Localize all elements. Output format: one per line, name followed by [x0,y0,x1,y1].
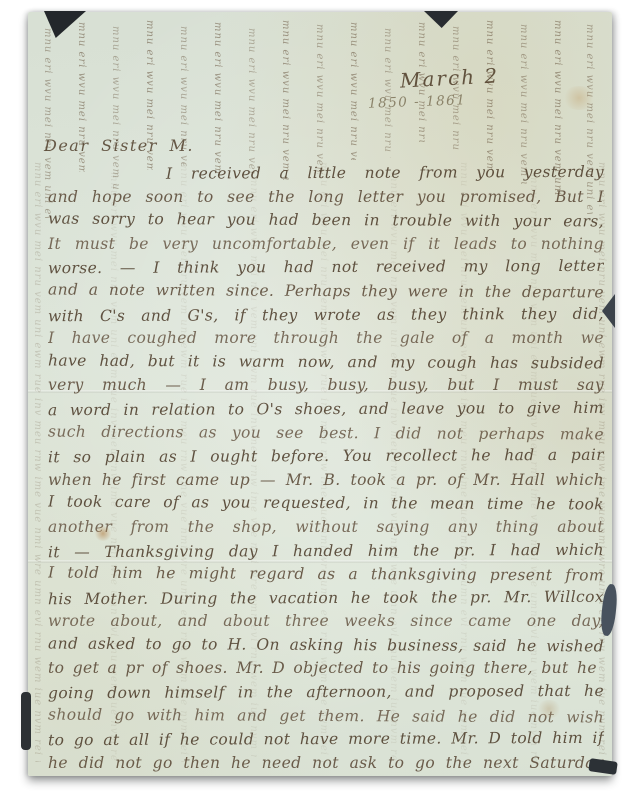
letter-body: I received a little note from you yester… [48,162,604,775]
letter-line: I received a little note from you yester… [48,161,604,187]
salutation: Dear Sister M. [44,136,194,155]
letter-paper: mnu eri wvu mei nru vem uni ewm rue inv … [28,12,612,776]
letter-line: such directions as you see best. I did n… [48,420,604,447]
letter-line: should go with him and get them. He said… [48,703,604,730]
scanned-letter-page: { "letter": { "dateline": "March 2", "pe… [0,0,634,800]
letter-line: another from the shop, without saying an… [48,516,604,540]
letter-line: it so plain as I ought before. You recol… [48,444,604,470]
crosswriting-column: mnu eri wvu mei nru vem uni ewm rue inv … [382,28,393,158]
pencil-annotation: 1850 - 1861 [368,92,467,111]
crosswriting-column: mnu eri wvu mei nru vem uni ewm rue inv … [280,20,291,180]
letter-line: it — Thanksgiving day I handed him the p… [48,538,604,564]
letter-line: to go at all if he could not have more t… [48,727,604,753]
letter-line: very much — I am busy, busy, busy, but I… [48,374,604,398]
letter-line: was sorry to hear you had been in troubl… [48,208,604,235]
letter-line: his Mother. During the vacation he took … [48,585,604,611]
letter-line: a word in relation to O's shoes, and lea… [48,397,604,423]
letter-line: and hope soon to see the long letter you… [48,186,604,210]
letter-line: he did not go then he need not ask to go… [48,752,604,776]
letter-line: when he first came up — Mr. B. took a pr… [48,469,604,493]
torn-edge-notch [21,692,31,750]
crosswriting-column: mnu eri wvu mei nru vem uni ewm rue inv … [450,26,461,154]
crosswriting-column: mnu eri wvu mei nru vem uni ewm rue inv … [484,20,495,170]
letter-line: to get a pr of shoes. Mr. D objected to … [48,657,604,681]
ink-stain [562,86,596,110]
letter-line: I told him he might regard as a thanksgi… [48,562,604,589]
letter-line: and asked to go to H. On asking his busi… [48,632,604,659]
letter-line: and a note written since. Perhaps they w… [48,279,604,306]
letter-line: I have coughed more through the gale of … [48,327,604,351]
letter-line: worse. — I think you had not received my… [48,255,604,281]
letter-line: wrote about, and about three weeks since… [48,610,604,634]
letter-line: with C's and G's, if they wrote as they … [48,302,604,328]
torn-edge-notch [424,11,458,28]
dateline: March 2 [399,63,499,92]
crosswriting-column: mnu eri wvu mei nru vem uni ewm rue inv … [518,24,529,184]
crosswriting-column: mnu eri wvu mei nru vem uni ewm rue inv … [348,22,359,160]
letter-line: have had, but it is warm now, and my cou… [48,349,604,376]
crosswriting-column: mnu eri wvu mei nru vem uni ewm rue inv … [212,22,223,180]
torn-corner-mark [44,11,86,38]
letter-line: going down himself in the afternoon, and… [48,680,604,706]
ghost-column: mnu eri wvu mei nru vem uni ewm rue inv … [32,162,43,762]
crosswriting-column: mnu eri wvu mei nru vem uni ewm rue inv … [314,24,325,174]
letter-line: It must be very uncomfortable, even if i… [48,233,604,257]
letter-line: I took care of as you requested, in the … [48,491,604,518]
crosswriting-column: mnu eri wvu mei nru vem uni ewm rue inv … [246,28,257,174]
